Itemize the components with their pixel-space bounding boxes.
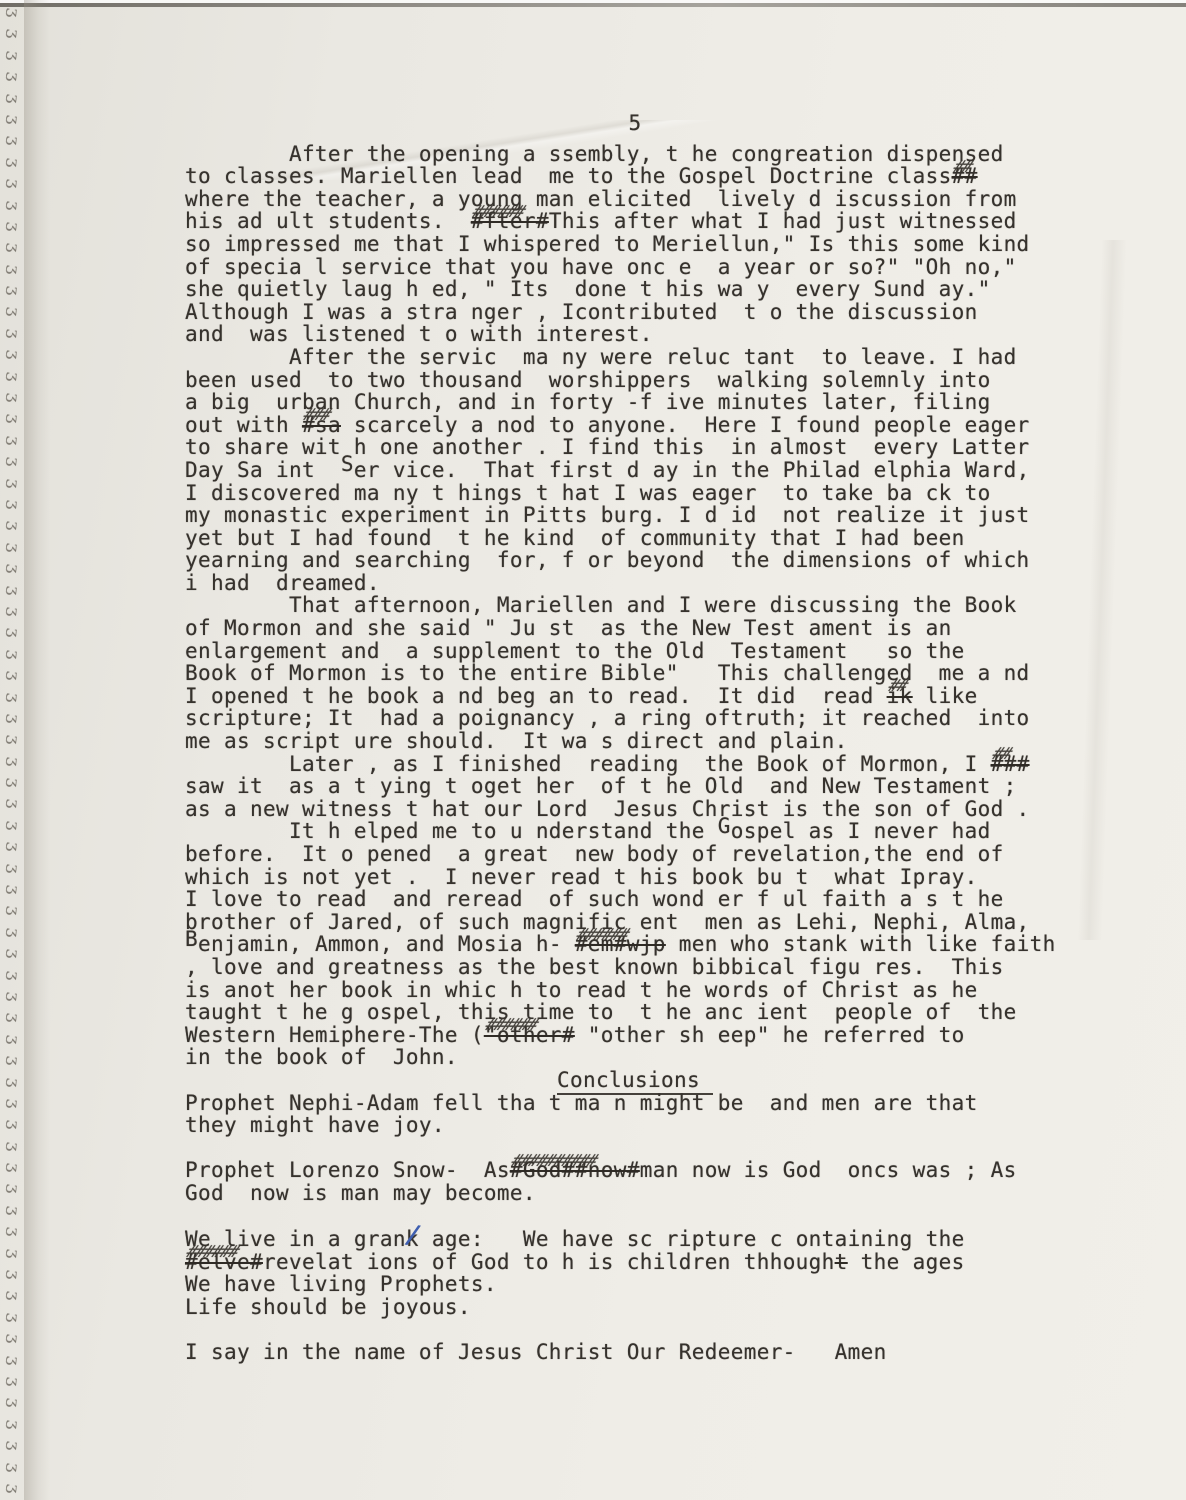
text-line: Life should be joyous. [185, 1296, 1085, 1319]
text-line: scripture; It had a poignancy , a ring o… [185, 707, 1085, 730]
text-line: That afternoon, Mariellen and I were dis… [185, 594, 1085, 617]
overstrike-marks: ###### [182, 1241, 242, 1264]
text-line: Benjamin, Ammon, and Mosia h- #em#wjp###… [185, 933, 1085, 956]
binding-mark: ʒ [5, 1269, 20, 1280]
text-line: yearning and searching for, f or beyond … [185, 549, 1085, 572]
binding-mark: ʒ [5, 414, 20, 425]
text-line: I discovered ma ny t hings t hat I was e… [185, 482, 1085, 505]
text-line: Although I was a stra nger , Icontribute… [185, 301, 1085, 324]
binding-mark: ʒ [5, 350, 20, 361]
binding-mark: ʒ [5, 93, 20, 104]
text-run: We have living Prophets. [185, 1272, 497, 1296]
text-line: I opened t he book a nd beg an to read. … [185, 685, 1085, 708]
text-run: I discovered ma ny t hings t hat I was e… [185, 481, 991, 505]
text-run: to classes. Mariellen lead me to the Gos… [185, 164, 952, 188]
text-run: so impressed me that I whispered to Meri… [185, 232, 1030, 256]
text-run: enjamin, Ammon, and Mosia h- [198, 932, 575, 956]
text-run: to share wit h one another . I find this… [185, 435, 1030, 459]
binding-mark: ʒ [5, 1077, 20, 1088]
binding-mark: ʒ [5, 1163, 20, 1174]
struck-text: #God##now########### [510, 1158, 640, 1182]
text-run: Western Hemiphere-The ( [185, 1023, 484, 1047]
binding-mark: ʒ [5, 820, 20, 831]
text-line: as a new witness t hat our Lord Jesus Ch… [185, 798, 1085, 821]
page-number: 5 [185, 112, 1085, 135]
text-run: they might have joy. [185, 1113, 445, 1137]
binding-mark: ʒ [5, 542, 20, 553]
text-run: S [341, 452, 354, 476]
binding-mark: ʒ [5, 1398, 20, 1409]
text-run: , love and greatness as the best known b… [185, 955, 1004, 979]
struck-text: t [835, 1250, 848, 1274]
binding-mark: ʒ [5, 457, 20, 468]
text-line [185, 1137, 1085, 1160]
text-run: of specia l service that you have onc e … [185, 255, 1017, 279]
text-run: and was listened t o with interest. [185, 322, 653, 346]
text-line: We have living Prophets. [185, 1273, 1085, 1296]
struck-text: ##### [991, 752, 1030, 776]
binding-mark: ʒ [5, 1227, 20, 1238]
text-run: which is not yet . I never read t his bo… [185, 865, 978, 889]
text-line: she quietly laug h ed, " Its done t his … [185, 278, 1085, 301]
text-run: ospel as I never had [731, 819, 991, 843]
text-run: Day Sa int [185, 458, 341, 482]
text-line: I say in the name of Jesus Christ Our Re… [185, 1341, 1085, 1364]
text-run: After the opening a ssembly, t he congre… [185, 142, 1004, 166]
text-line: which is not yet . I never read t his bo… [185, 866, 1085, 889]
text-run: she quietly laug h ed, " Its done t his … [185, 277, 991, 301]
struck-text: ik## [887, 684, 913, 708]
binding-mark: ʒ [5, 1056, 20, 1067]
binding-mark: ʒ [5, 1205, 20, 1216]
text-run: the ages [848, 1250, 965, 1274]
text-line: saw it as a t ying t oget her of t he Ol… [185, 775, 1085, 798]
struck-text: #sa### [302, 413, 341, 437]
binding-mark: ʒ [5, 478, 20, 489]
binding-mark: ʒ [5, 243, 20, 254]
text-line: Day Sa int Ser vice. That first d ay in … [185, 459, 1085, 482]
text-line: to share wit h one another . I find this… [185, 436, 1085, 459]
text-line: enlargement and a supplement to the Old … [185, 640, 1085, 663]
struck-text: #elve####### [185, 1250, 263, 1274]
binding-mark: ʒ [5, 221, 20, 232]
page-edge-shadow [24, 0, 50, 1500]
binding-mark: ʒ [5, 72, 20, 83]
overstrike-marks: ########## [507, 1150, 601, 1173]
text-line: After the servic ma ny were reluc tant t… [185, 346, 1085, 369]
text-line: out with #sa### scarcely a nod to anyone… [185, 414, 1085, 437]
text-run: scarcely a nod to anyone. Here I found p… [341, 413, 1030, 437]
text-line: Later , as I finished reading the Book o… [185, 753, 1085, 776]
page-edge-strip: ʒʒʒʒʒʒʒʒʒʒʒʒʒʒʒʒʒʒʒʒʒʒʒʒʒʒʒʒʒʒʒʒʒʒʒʒʒʒʒʒ… [1, 6, 25, 1496]
text-line: so impressed me that I whispered to Meri… [185, 233, 1085, 256]
binding-mark: ʒ [5, 29, 20, 40]
text-run: That afternoon, Mariellen and I were dis… [185, 593, 1017, 617]
binding-mark: ʒ [5, 1248, 20, 1259]
binding-mark: ʒ [5, 564, 20, 575]
binding-mark: ʒ [5, 799, 20, 810]
text-run: Later , as I finished reading the Book o… [185, 752, 991, 776]
text-run: B [185, 927, 198, 951]
text-line: taught t he g ospel, this time to t he a… [185, 1001, 1085, 1024]
text-run: yearning and searching for, f or beyond … [185, 548, 1030, 572]
overstrike-marks: ###### [468, 201, 528, 224]
struck-text: #fter####### [471, 209, 549, 233]
text-run: 5 [629, 111, 642, 135]
text-line: yet but I had found t he kind of communi… [185, 527, 1085, 550]
binding-mark: ʒ [5, 1184, 20, 1195]
text-run: is anot her book in whic h to read t he … [185, 978, 978, 1002]
binding-mark: ʒ [5, 1034, 20, 1045]
conclusions-heading: Conclusions [185, 1069, 1085, 1092]
text-run: man now is God oncs was ; As [640, 1158, 1017, 1182]
text-line: God now is man may become. [185, 1182, 1085, 1205]
overstrike-marks: ###### [572, 924, 632, 947]
text-run: God now is man may become. [185, 1181, 536, 1205]
binding-mark: ʒ [5, 713, 20, 724]
binding-mark: ʒ [5, 1334, 20, 1345]
text-run: This after what I had just witnessed [549, 209, 1017, 233]
text-line: me as script ure should. It wa s direct … [185, 730, 1085, 753]
scanned-page: ʒʒʒʒʒʒʒʒʒʒʒʒʒʒʒʒʒʒʒʒʒʒʒʒʒʒʒʒʒʒʒʒʒʒʒʒʒʒʒʒ… [0, 0, 1186, 1500]
text-run: of Mormon and she said " Ju st as the Ne… [185, 616, 952, 640]
struck-text: #em#wjp###### [575, 932, 666, 956]
binding-mark: ʒ [5, 200, 20, 211]
text-run: It h elped me to u nderstand the [185, 819, 718, 843]
text-run: scripture; It had a poignancy , a ring o… [185, 706, 1030, 730]
binding-mark: ʒ [5, 1355, 20, 1366]
binding-mark: ʒ [5, 179, 20, 190]
binding-mark: ʒ [5, 1120, 20, 1131]
binding-mark: ʒ [5, 1312, 20, 1323]
text-run: in the book of John. [185, 1045, 458, 1069]
binding-mark: ʒ [5, 371, 20, 382]
binding-mark: ʒ [5, 1141, 20, 1152]
binding-mark: ʒ [5, 1441, 20, 1452]
text-run: enlargement and a supplement to the Old … [185, 639, 965, 663]
text-line: , love and greatness as the best known b… [185, 956, 1085, 979]
text-run: before. It o pened a great new body of r… [185, 842, 1004, 866]
binding-mark: ʒ [5, 521, 20, 532]
text-run: I opened t he book a nd beg an to read. … [185, 684, 887, 708]
text-run: taught t he g ospel, this time to t he a… [185, 1000, 1017, 1024]
binding-mark: ʒ [5, 1376, 20, 1387]
binding-mark: ʒ [5, 991, 20, 1002]
text-run: been used to two thousand worshippers wa… [185, 368, 991, 392]
text-line: before. It o pened a great new body of r… [185, 843, 1085, 866]
binding-mark: ʒ [5, 756, 20, 767]
text-line: in the book of John. [185, 1046, 1085, 1069]
binding-mark: ʒ [5, 50, 20, 61]
binding-mark: ʒ [5, 392, 20, 403]
text-run: Although I was a stra nger , Icontribute… [185, 300, 978, 324]
text-run: saw it as a t ying t oget her of t he Ol… [185, 774, 1017, 798]
binding-mark: ʒ [5, 157, 20, 168]
binding-mark: ʒ [5, 264, 20, 275]
binding-mark: ʒ [5, 307, 20, 318]
binding-mark: ʒ [5, 735, 20, 746]
binding-mark: ʒ [5, 435, 20, 446]
text-line: they might have joy. [185, 1114, 1085, 1137]
text-line: Western Hemiphere-The ("other####### "ot… [185, 1024, 1085, 1047]
text-run: my monastic experiment in Pitts burg. I … [185, 503, 1030, 527]
text-run: men who stank with like faith [666, 932, 1056, 956]
text-run: I love to read and reread of such wond e… [185, 887, 1004, 911]
text-line: We live in a grank/ age: We have sc ript… [185, 1227, 1085, 1251]
struck-text: #### [952, 164, 978, 188]
text-run: G [718, 814, 731, 838]
text-line: Prophet Lorenzo Snow- As#God##now#######… [185, 1159, 1085, 1182]
binding-mark: ʒ [5, 585, 20, 596]
binding-mark: ʒ [5, 884, 20, 895]
text-line: Book of Mormon is to the entire Bible" T… [185, 662, 1085, 685]
text-run: Prophet Nephi-Adam fell tha t ma n might… [185, 1091, 978, 1115]
typed-text: 5 After the opening a ssembly, t he cong… [185, 112, 1085, 1364]
binding-mark: ʒ [5, 778, 20, 789]
text-line: It h elped me to u nderstand the Gospel … [185, 820, 1085, 843]
text-line: i had dreamed. [185, 572, 1085, 595]
text-run: out with [185, 413, 302, 437]
text-line: and was listened t o with interest. [185, 323, 1085, 346]
struck-text: "other####### [484, 1023, 575, 1047]
text-run: After the servic ma ny were reluc tant t… [185, 345, 1017, 369]
binding-mark: ʒ [5, 1483, 20, 1494]
text-run: yet but I had found t he kind of communi… [185, 526, 965, 550]
text-line [185, 1318, 1085, 1341]
binding-mark: ʒ [5, 1098, 20, 1109]
text-line: #elve#######revelat ions of God to h is … [185, 1251, 1085, 1274]
binding-mark: ʒ [5, 1013, 20, 1024]
binding-mark: ʒ [5, 671, 20, 682]
binding-mark: ʒ [5, 499, 20, 510]
text-line: my monastic experiment in Pitts burg. I … [185, 504, 1085, 527]
text-line: I love to read and reread of such wond e… [185, 888, 1085, 911]
binding-mark: ʒ [5, 1462, 20, 1473]
binding-mark: ʒ [5, 863, 20, 874]
text-run: like [913, 684, 978, 708]
text-run: age: We have sc ripture c ontaining the [419, 1227, 965, 1251]
binding-mark: ʒ [5, 906, 20, 917]
binding-mark: ʒ [5, 692, 20, 703]
text-line: his ad ult students. #fter#######This af… [185, 210, 1085, 233]
binding-mark: ʒ [5, 842, 20, 853]
text-line: where the teacher, a young man elicited … [185, 188, 1085, 211]
binding-mark: ʒ [5, 136, 20, 147]
text-run: his ad ult students. [185, 209, 471, 233]
binding-mark: ʒ [5, 927, 20, 938]
binding-mark: ʒ [5, 286, 20, 297]
binding-mark: ʒ [5, 328, 20, 339]
text-line: of Mormon and she said " Ju st as the Ne… [185, 617, 1085, 640]
text-run: Life should be joyous. [185, 1295, 471, 1319]
text-line: to classes. Mariellen lead me to the Gos… [185, 165, 1085, 188]
scan-edge-line [0, 3, 1186, 7]
text-line: brother of Jared, of such magnific ent m… [185, 911, 1085, 934]
text-line [185, 1205, 1085, 1228]
text-run: i had dreamed. [185, 571, 380, 595]
text-run: where the teacher, a young man elicited … [185, 187, 1017, 211]
text-run: as a new witness t hat our Lord Jesus Ch… [185, 797, 1030, 821]
text-line: After the opening a ssembly, t he congre… [185, 143, 1085, 166]
binding-mark: ʒ [5, 649, 20, 660]
binding-mark: ʒ [5, 949, 20, 960]
text-line: Prophet Nephi-Adam fell tha t ma n might… [185, 1092, 1085, 1115]
text-line: been used to two thousand worshippers wa… [185, 369, 1085, 392]
text-run: Prophet Lorenzo Snow- As [185, 1158, 510, 1182]
binding-mark: ʒ [5, 606, 20, 617]
overstrike-marks: ###### [481, 1014, 541, 1037]
binding-mark: ʒ [5, 970, 20, 981]
binding-mark: ʒ [5, 628, 20, 639]
text-line: of specia l service that you have onc e … [185, 256, 1085, 279]
text-run: er vice. That first d ay in the Philad e… [354, 458, 1030, 482]
binding-mark: ʒ [5, 1419, 20, 1430]
binding-mark: ʒ [5, 114, 20, 125]
text-run: revelat ions of God to h is children thh… [263, 1250, 835, 1274]
text-run: me as script ure should. It wa s direct … [185, 729, 848, 753]
text-run: I say in the name of Jesus Christ Our Re… [185, 1340, 887, 1364]
text-run: "other sh eep" he referred to [575, 1023, 965, 1047]
text-line: is anot her book in whic h to read t he … [185, 979, 1085, 1002]
binding-mark: ʒ [5, 7, 20, 18]
binding-mark: ʒ [5, 1291, 20, 1302]
